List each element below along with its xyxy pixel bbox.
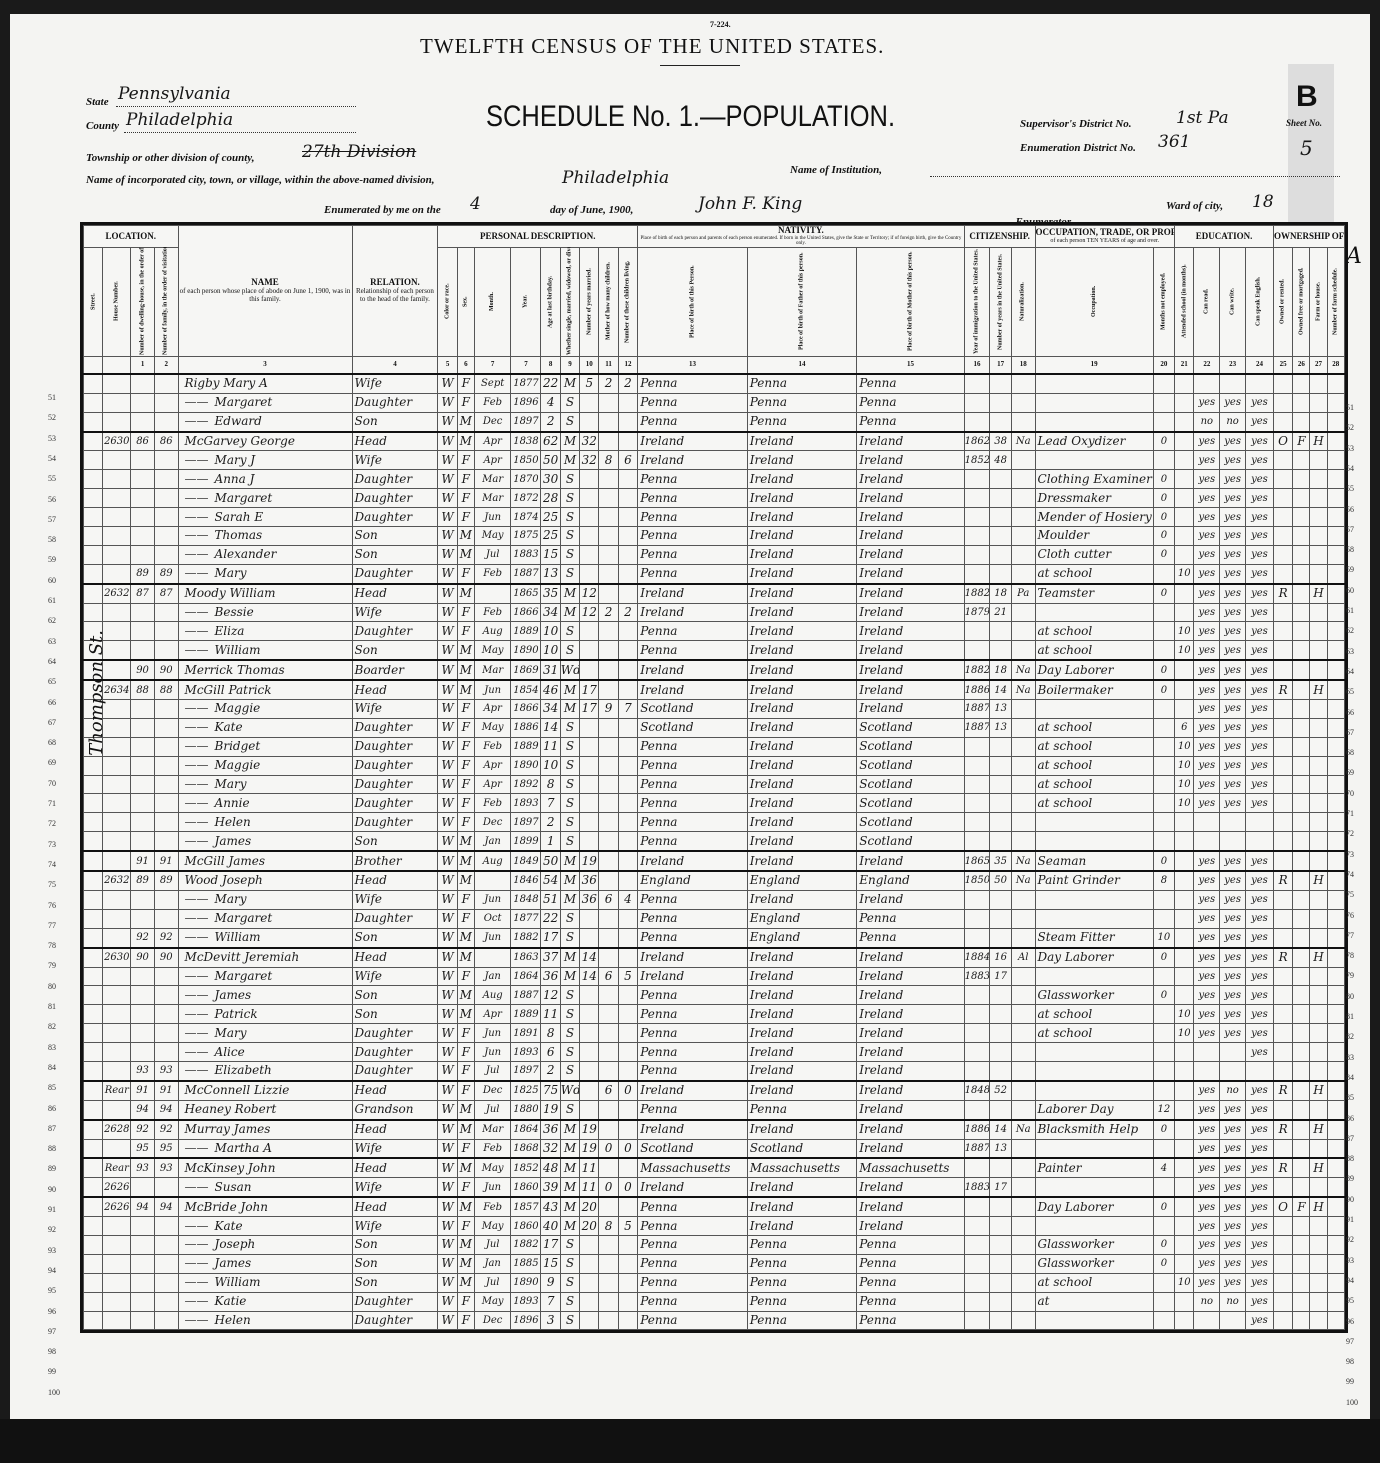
cell-eng: yes xyxy=(1245,986,1273,1005)
column-number: 3 xyxy=(178,356,352,374)
cell-fam: 93 xyxy=(154,1158,178,1177)
cell-marital: M xyxy=(560,451,579,470)
cell-school xyxy=(1175,1197,1194,1216)
cell-nat: Na xyxy=(1011,432,1035,451)
cell-fam: 87 xyxy=(154,584,178,603)
cell-house xyxy=(103,1024,131,1043)
cell-month: Feb xyxy=(474,393,511,412)
cell-mother-of: 0 xyxy=(599,1139,618,1158)
cell-color: W xyxy=(438,813,457,832)
cell-year: 1868 xyxy=(511,1139,541,1158)
line-number-left: 94 xyxy=(48,1266,56,1275)
cell-sex: F xyxy=(457,1043,474,1062)
cell-pob-f: Ireland xyxy=(747,1024,857,1043)
cell-house xyxy=(103,641,131,660)
cell-pob: Ireland xyxy=(638,660,748,680)
cell-mort xyxy=(1293,890,1310,909)
cell-school: 10 xyxy=(1175,794,1194,813)
cell-dw: 94 xyxy=(131,1100,155,1119)
cell-dw: 93 xyxy=(131,1158,155,1177)
line-number-left: 86 xyxy=(48,1104,56,1113)
cell-sched xyxy=(1327,1292,1344,1311)
cell-sched xyxy=(1327,508,1344,527)
cell-street xyxy=(84,775,103,794)
cell-yrs-married: 17 xyxy=(580,680,599,699)
cell-unemp: 0 xyxy=(1153,1254,1174,1273)
cell-mort xyxy=(1293,1100,1310,1119)
cell-unemp: 4 xyxy=(1153,1158,1174,1177)
census-row: Rear9393McKinsey JohnHeadWMMay185248M11M… xyxy=(84,1158,1345,1177)
cell-mother-of xyxy=(599,1197,618,1216)
cell-color: W xyxy=(438,1043,457,1062)
column-number xyxy=(103,356,131,374)
cell-age: 13 xyxy=(541,564,560,583)
cell-yrs-us: 16 xyxy=(990,948,1011,967)
cell-dw xyxy=(131,1292,155,1311)
cell-write: yes xyxy=(1220,1005,1246,1024)
cell-pob: Scotland xyxy=(638,718,748,737)
cell-pob-m: Ireland xyxy=(857,986,964,1005)
cell-eng: yes xyxy=(1245,756,1273,775)
cell-house: 2632 xyxy=(103,584,131,603)
cell-color: W xyxy=(438,890,457,909)
cell-color: W xyxy=(438,489,457,508)
cell-month: Jul xyxy=(474,1235,511,1254)
cell-farm: H xyxy=(1310,948,1327,967)
cell-read xyxy=(1194,1043,1220,1062)
cell-occ: Dressmaker xyxy=(1035,489,1153,508)
line-number-right: 100 xyxy=(1346,1398,1358,1407)
cell-yrs-us xyxy=(990,489,1011,508)
cell-read: yes xyxy=(1194,470,1220,489)
line-number-right: 55 xyxy=(1346,484,1354,493)
cell-year: 1887 xyxy=(511,564,541,583)
cell-imm xyxy=(964,1158,990,1177)
cell-sex: F xyxy=(457,603,474,622)
cell-year: 1874 xyxy=(511,508,541,527)
cell-yrs-married xyxy=(580,660,599,680)
cell-occ: Glassworker xyxy=(1035,986,1153,1005)
cell-month: Jul xyxy=(474,1273,511,1292)
cell-read: yes xyxy=(1194,1081,1220,1100)
cell-street xyxy=(84,986,103,1005)
cell-month: Oct xyxy=(474,909,511,928)
cell-color: W xyxy=(438,374,457,393)
cell-pob-m: Scotland xyxy=(857,756,964,775)
cell-sex: M xyxy=(457,1158,474,1177)
cell-nat xyxy=(1011,1217,1035,1236)
cell-imm: 1865 xyxy=(964,851,990,871)
census-row: 26348888McGill PatrickHeadWMJun185446M17… xyxy=(84,680,1345,699)
cell-yrs-us xyxy=(990,1043,1011,1062)
cell-color: W xyxy=(438,1178,457,1197)
cell-yrs-us xyxy=(990,622,1011,641)
column-number: 22 xyxy=(1194,356,1220,374)
cell-write: yes xyxy=(1220,1197,1246,1216)
cell-street xyxy=(84,794,103,813)
cell-fam xyxy=(154,1043,178,1062)
cell-yrs-married xyxy=(580,1024,599,1043)
cell-mother-of: 8 xyxy=(599,451,618,470)
cell-pob-f: Ireland xyxy=(747,1217,857,1236)
cell-mother-of xyxy=(599,1158,618,1177)
cell-nat xyxy=(1011,564,1035,583)
cell-name: Katie xyxy=(178,1292,352,1311)
column-header: Naturalization. xyxy=(1011,247,1035,356)
cell-fam xyxy=(154,603,178,622)
cell-street xyxy=(84,832,103,851)
column-header: Number of family, in the order of visita… xyxy=(154,247,178,356)
line-number-right: 57 xyxy=(1346,525,1354,534)
cell-street xyxy=(84,928,103,947)
cell-living xyxy=(618,1197,637,1216)
column-header: Mother of how many children. xyxy=(599,247,618,356)
cell-age: 46 xyxy=(541,680,560,699)
cell-write: yes xyxy=(1220,489,1246,508)
cell-house xyxy=(103,775,131,794)
cell-street xyxy=(84,1005,103,1024)
cell-write: yes xyxy=(1220,1120,1246,1139)
cell-write: yes xyxy=(1220,967,1246,986)
cell-eng: yes xyxy=(1245,1139,1273,1158)
cell-sex: M xyxy=(457,986,474,1005)
cell-color: W xyxy=(438,1235,457,1254)
column-number: 16 xyxy=(964,356,990,374)
cell-street xyxy=(84,1081,103,1100)
cell-age: 32 xyxy=(541,1139,560,1158)
cell-dw xyxy=(131,1005,155,1024)
cell-rel: Son xyxy=(352,832,438,851)
cell-read: yes xyxy=(1194,775,1220,794)
line-number-left: 88 xyxy=(48,1144,56,1153)
cell-write: yes xyxy=(1220,948,1246,967)
cell-color: W xyxy=(438,871,457,890)
cell-mother-of xyxy=(599,508,618,527)
cell-sex: F xyxy=(457,813,474,832)
cell-house xyxy=(103,451,131,470)
cell-sex: F xyxy=(457,1139,474,1158)
cell-write: yes xyxy=(1220,545,1246,564)
cell-nat xyxy=(1011,412,1035,431)
cell-living xyxy=(618,564,637,583)
cell-unemp xyxy=(1153,1217,1174,1236)
cell-color: W xyxy=(438,1005,457,1024)
census-row: Sarah EDaughterWFJun187425SPennaIrelandI… xyxy=(84,508,1345,527)
cell-age: 22 xyxy=(541,374,560,393)
cell-pob: Penna xyxy=(638,890,748,909)
cell-marital: S xyxy=(560,622,579,641)
cell-name: Elizabeth xyxy=(178,1061,352,1080)
line-number-left: 92 xyxy=(48,1225,56,1234)
cell-imm: 1886 xyxy=(964,680,990,699)
cell-living xyxy=(618,813,637,832)
cell-imm: 1879 xyxy=(964,603,990,622)
cell-living xyxy=(618,986,637,1005)
cell-own xyxy=(1273,1178,1292,1197)
census-row: BridgetDaughterWFFeb188911SPennaIrelandS… xyxy=(84,737,1345,756)
cell-farm: H xyxy=(1310,871,1327,890)
cell-school xyxy=(1175,700,1194,719)
cell-month: May xyxy=(474,527,511,546)
cell-street xyxy=(84,1273,103,1292)
column-number: 24 xyxy=(1245,356,1273,374)
cell-yrs-married xyxy=(580,1292,599,1311)
cell-pob: Penna xyxy=(638,813,748,832)
cell-sched xyxy=(1327,680,1344,699)
cell-mort xyxy=(1293,527,1310,546)
cell-nat xyxy=(1011,718,1035,737)
enumeration-district: 361 xyxy=(1158,132,1190,152)
cell-sched xyxy=(1327,432,1344,451)
cell-sex: M xyxy=(457,1100,474,1119)
cell-yrs-married: 36 xyxy=(580,890,599,909)
cell-yrs-married: 5 xyxy=(580,374,599,393)
line-number-left: 76 xyxy=(48,901,56,910)
cell-age: 36 xyxy=(541,967,560,986)
cell-yrs-married xyxy=(580,775,599,794)
cell-dw xyxy=(131,1254,155,1273)
cell-month: Apr xyxy=(474,432,511,451)
occupation-header: OCCUPATION, TRADE, OR PROFESSIONof each … xyxy=(1035,226,1175,248)
cell-mort xyxy=(1293,603,1310,622)
cell-fam: 94 xyxy=(154,1197,178,1216)
cell-write: yes xyxy=(1220,890,1246,909)
cell-year: 1864 xyxy=(511,967,541,986)
cell-living: 2 xyxy=(618,374,637,393)
line-number-right: 92 xyxy=(1346,1235,1354,1244)
cell-fam xyxy=(154,1178,178,1197)
cell-marital: M xyxy=(560,680,579,699)
cell-farm xyxy=(1310,545,1327,564)
cell-imm: 1884 xyxy=(964,948,990,967)
cell-sched xyxy=(1327,584,1344,603)
cell-pob-f: Ireland xyxy=(747,489,857,508)
cell-pob-f: Ireland xyxy=(747,622,857,641)
cell-yrs-married: 19 xyxy=(580,851,599,871)
cell-occ: at school xyxy=(1035,1024,1153,1043)
column-number xyxy=(84,356,103,374)
cell-pob-f: Penna xyxy=(747,393,857,412)
cell-street xyxy=(84,564,103,583)
cell-dw: 93 xyxy=(131,1061,155,1080)
cell-rel: Daughter xyxy=(352,470,438,489)
column-header: Whether single, married, widowed, or div… xyxy=(560,247,579,356)
cell-imm xyxy=(964,909,990,928)
cell-year: 1897 xyxy=(511,813,541,832)
cell-yrs-married xyxy=(580,393,599,412)
cell-sex: F xyxy=(457,451,474,470)
cell-house xyxy=(103,470,131,489)
cell-name: Moody William xyxy=(178,584,352,603)
census-row: MargaretDaughterWFMar187228SPennaIreland… xyxy=(84,489,1345,508)
cell-marital: S xyxy=(560,508,579,527)
cell-own: R xyxy=(1273,1120,1292,1139)
cell-street xyxy=(84,871,103,890)
cell-imm xyxy=(964,1292,990,1311)
cell-sched xyxy=(1327,489,1344,508)
cell-nat xyxy=(1011,470,1035,489)
cell-unemp xyxy=(1153,1005,1174,1024)
cell-house xyxy=(103,374,131,393)
cell-yrs-married xyxy=(580,986,599,1005)
cell-yrs-married: 12 xyxy=(580,584,599,603)
ward-number: 18 xyxy=(1252,192,1274,212)
cell-read: yes xyxy=(1194,1273,1220,1292)
cell-imm xyxy=(964,527,990,546)
line-number-left: 99 xyxy=(48,1367,56,1376)
cell-yrs-us xyxy=(990,374,1011,393)
cell-pob-m: Ireland xyxy=(857,1178,964,1197)
line-number-right: 53 xyxy=(1346,444,1354,453)
cell-month: Dec xyxy=(474,1311,511,1330)
cell-sched xyxy=(1327,1217,1344,1236)
cell-pob-m: Ireland xyxy=(857,1139,964,1158)
cell-color: W xyxy=(438,1081,457,1100)
cell-dw xyxy=(131,393,155,412)
cell-pob: Penna xyxy=(638,756,748,775)
cell-nat xyxy=(1011,1043,1035,1062)
cell-living xyxy=(618,622,637,641)
cell-pob-f: Ireland xyxy=(747,432,857,451)
cell-month: Apr xyxy=(474,1005,511,1024)
cell-age: 17 xyxy=(541,1235,560,1254)
cell-own xyxy=(1273,832,1292,851)
cell-year: 1850 xyxy=(511,451,541,470)
cell-unemp xyxy=(1153,813,1174,832)
cell-pob: Ireland xyxy=(638,1178,748,1197)
cell-eng: yes xyxy=(1245,1081,1273,1100)
cell-marital: Wd xyxy=(560,1081,579,1100)
cell-pob-f: Ireland xyxy=(747,1178,857,1197)
cell-house xyxy=(103,928,131,947)
cell-occ: at school xyxy=(1035,641,1153,660)
cell-month xyxy=(474,584,511,603)
cell-year: 1897 xyxy=(511,1061,541,1080)
census-row: HelenDaughterWFDec18963SPennaPennaPennay… xyxy=(84,1311,1345,1330)
cell-occ xyxy=(1035,451,1153,470)
cell-school xyxy=(1175,1061,1194,1080)
cell-fam: 86 xyxy=(154,432,178,451)
city-value: Philadelphia xyxy=(562,168,669,188)
line-number-left: 58 xyxy=(48,535,56,544)
column-header: Attended school (in months). xyxy=(1175,247,1194,356)
cell-living xyxy=(618,1273,637,1292)
cell-read: no xyxy=(1194,1292,1220,1311)
cell-write: yes xyxy=(1220,1158,1246,1177)
cell-rel: Son xyxy=(352,1254,438,1273)
line-number-right: 70 xyxy=(1346,789,1354,798)
cell-occ: at school xyxy=(1035,1005,1153,1024)
cell-pob-m: Scotland xyxy=(857,737,964,756)
cell-sex: F xyxy=(457,756,474,775)
cell-house xyxy=(103,1139,131,1158)
cell-rel: Daughter xyxy=(352,813,438,832)
cell-read: yes xyxy=(1194,1005,1220,1024)
line-number-right: 58 xyxy=(1346,545,1354,554)
cell-month: May xyxy=(474,1292,511,1311)
line-number-left: 79 xyxy=(48,961,56,970)
cell-school xyxy=(1175,1292,1194,1311)
cell-house xyxy=(103,756,131,775)
cell-unemp: 0 xyxy=(1153,851,1174,871)
cell-own: O xyxy=(1273,432,1292,451)
census-row: PatrickSonWMApr188911SPennaIrelandIrelan… xyxy=(84,1005,1345,1024)
cell-sched xyxy=(1327,1043,1344,1062)
cell-yrs-married: 36 xyxy=(580,871,599,890)
cell-pob-f: Ireland xyxy=(747,890,857,909)
cell-sched xyxy=(1327,851,1344,871)
cell-pob-m: Ireland xyxy=(857,1120,964,1139)
cell-imm xyxy=(964,641,990,660)
line-number-left: 100 xyxy=(48,1388,60,1397)
cell-street xyxy=(84,1139,103,1158)
column-header: Month. xyxy=(474,247,511,356)
cell-age: 10 xyxy=(541,641,560,660)
column-header: Age at last birthday. xyxy=(541,247,560,356)
cell-street xyxy=(84,1158,103,1177)
cell-nat xyxy=(1011,1292,1035,1311)
cell-unemp xyxy=(1153,756,1174,775)
cell-color: W xyxy=(438,909,457,928)
cell-nat xyxy=(1011,527,1035,546)
cell-pob-f: Ireland xyxy=(747,1043,857,1062)
cell-name: McBride John xyxy=(178,1197,352,1216)
cell-yrs-us: 35 xyxy=(990,851,1011,871)
cell-sex: F xyxy=(457,489,474,508)
cell-pob: Ireland xyxy=(638,948,748,967)
column-number: 6 xyxy=(457,356,474,374)
cell-year: 1864 xyxy=(511,1120,541,1139)
cell-yrs-married: 17 xyxy=(580,700,599,719)
cell-fam xyxy=(154,508,178,527)
cell-mort xyxy=(1293,871,1310,890)
cell-nat xyxy=(1011,1235,1035,1254)
cell-imm xyxy=(964,393,990,412)
cell-dw xyxy=(131,1043,155,1062)
cell-pob-f: Ireland xyxy=(747,718,857,737)
cell-farm xyxy=(1310,622,1327,641)
cell-eng: yes xyxy=(1245,451,1273,470)
cell-school xyxy=(1175,986,1194,1005)
column-number: 8 xyxy=(541,356,560,374)
cell-mother-of: 8 xyxy=(599,1217,618,1236)
cell-living xyxy=(618,680,637,699)
cell-mother-of xyxy=(599,986,618,1005)
cell-fam xyxy=(154,1024,178,1043)
cell-year: 1896 xyxy=(511,393,541,412)
cell-month: Jun xyxy=(474,1043,511,1062)
cell-nat xyxy=(1011,832,1035,851)
cell-yrs-us xyxy=(990,1292,1011,1311)
cell-nat xyxy=(1011,1158,1035,1177)
cell-farm: H xyxy=(1310,1081,1327,1100)
cell-occ: Moulder xyxy=(1035,527,1153,546)
line-number-right: 71 xyxy=(1346,809,1354,818)
cell-mort xyxy=(1293,412,1310,431)
cell-yrs-us: 17 xyxy=(990,1178,1011,1197)
cell-street xyxy=(84,432,103,451)
cell-fam xyxy=(154,1311,178,1330)
cell-yrs-us xyxy=(990,1158,1011,1177)
cell-year: 1889 xyxy=(511,737,541,756)
line-number-left: 77 xyxy=(48,921,56,930)
cell-pob-f: Ireland xyxy=(747,641,857,660)
cell-living xyxy=(618,1120,637,1139)
cell-marital: S xyxy=(560,775,579,794)
cell-occ: Day Laborer xyxy=(1035,948,1153,967)
cell-eng xyxy=(1245,832,1273,851)
cell-school xyxy=(1175,680,1194,699)
